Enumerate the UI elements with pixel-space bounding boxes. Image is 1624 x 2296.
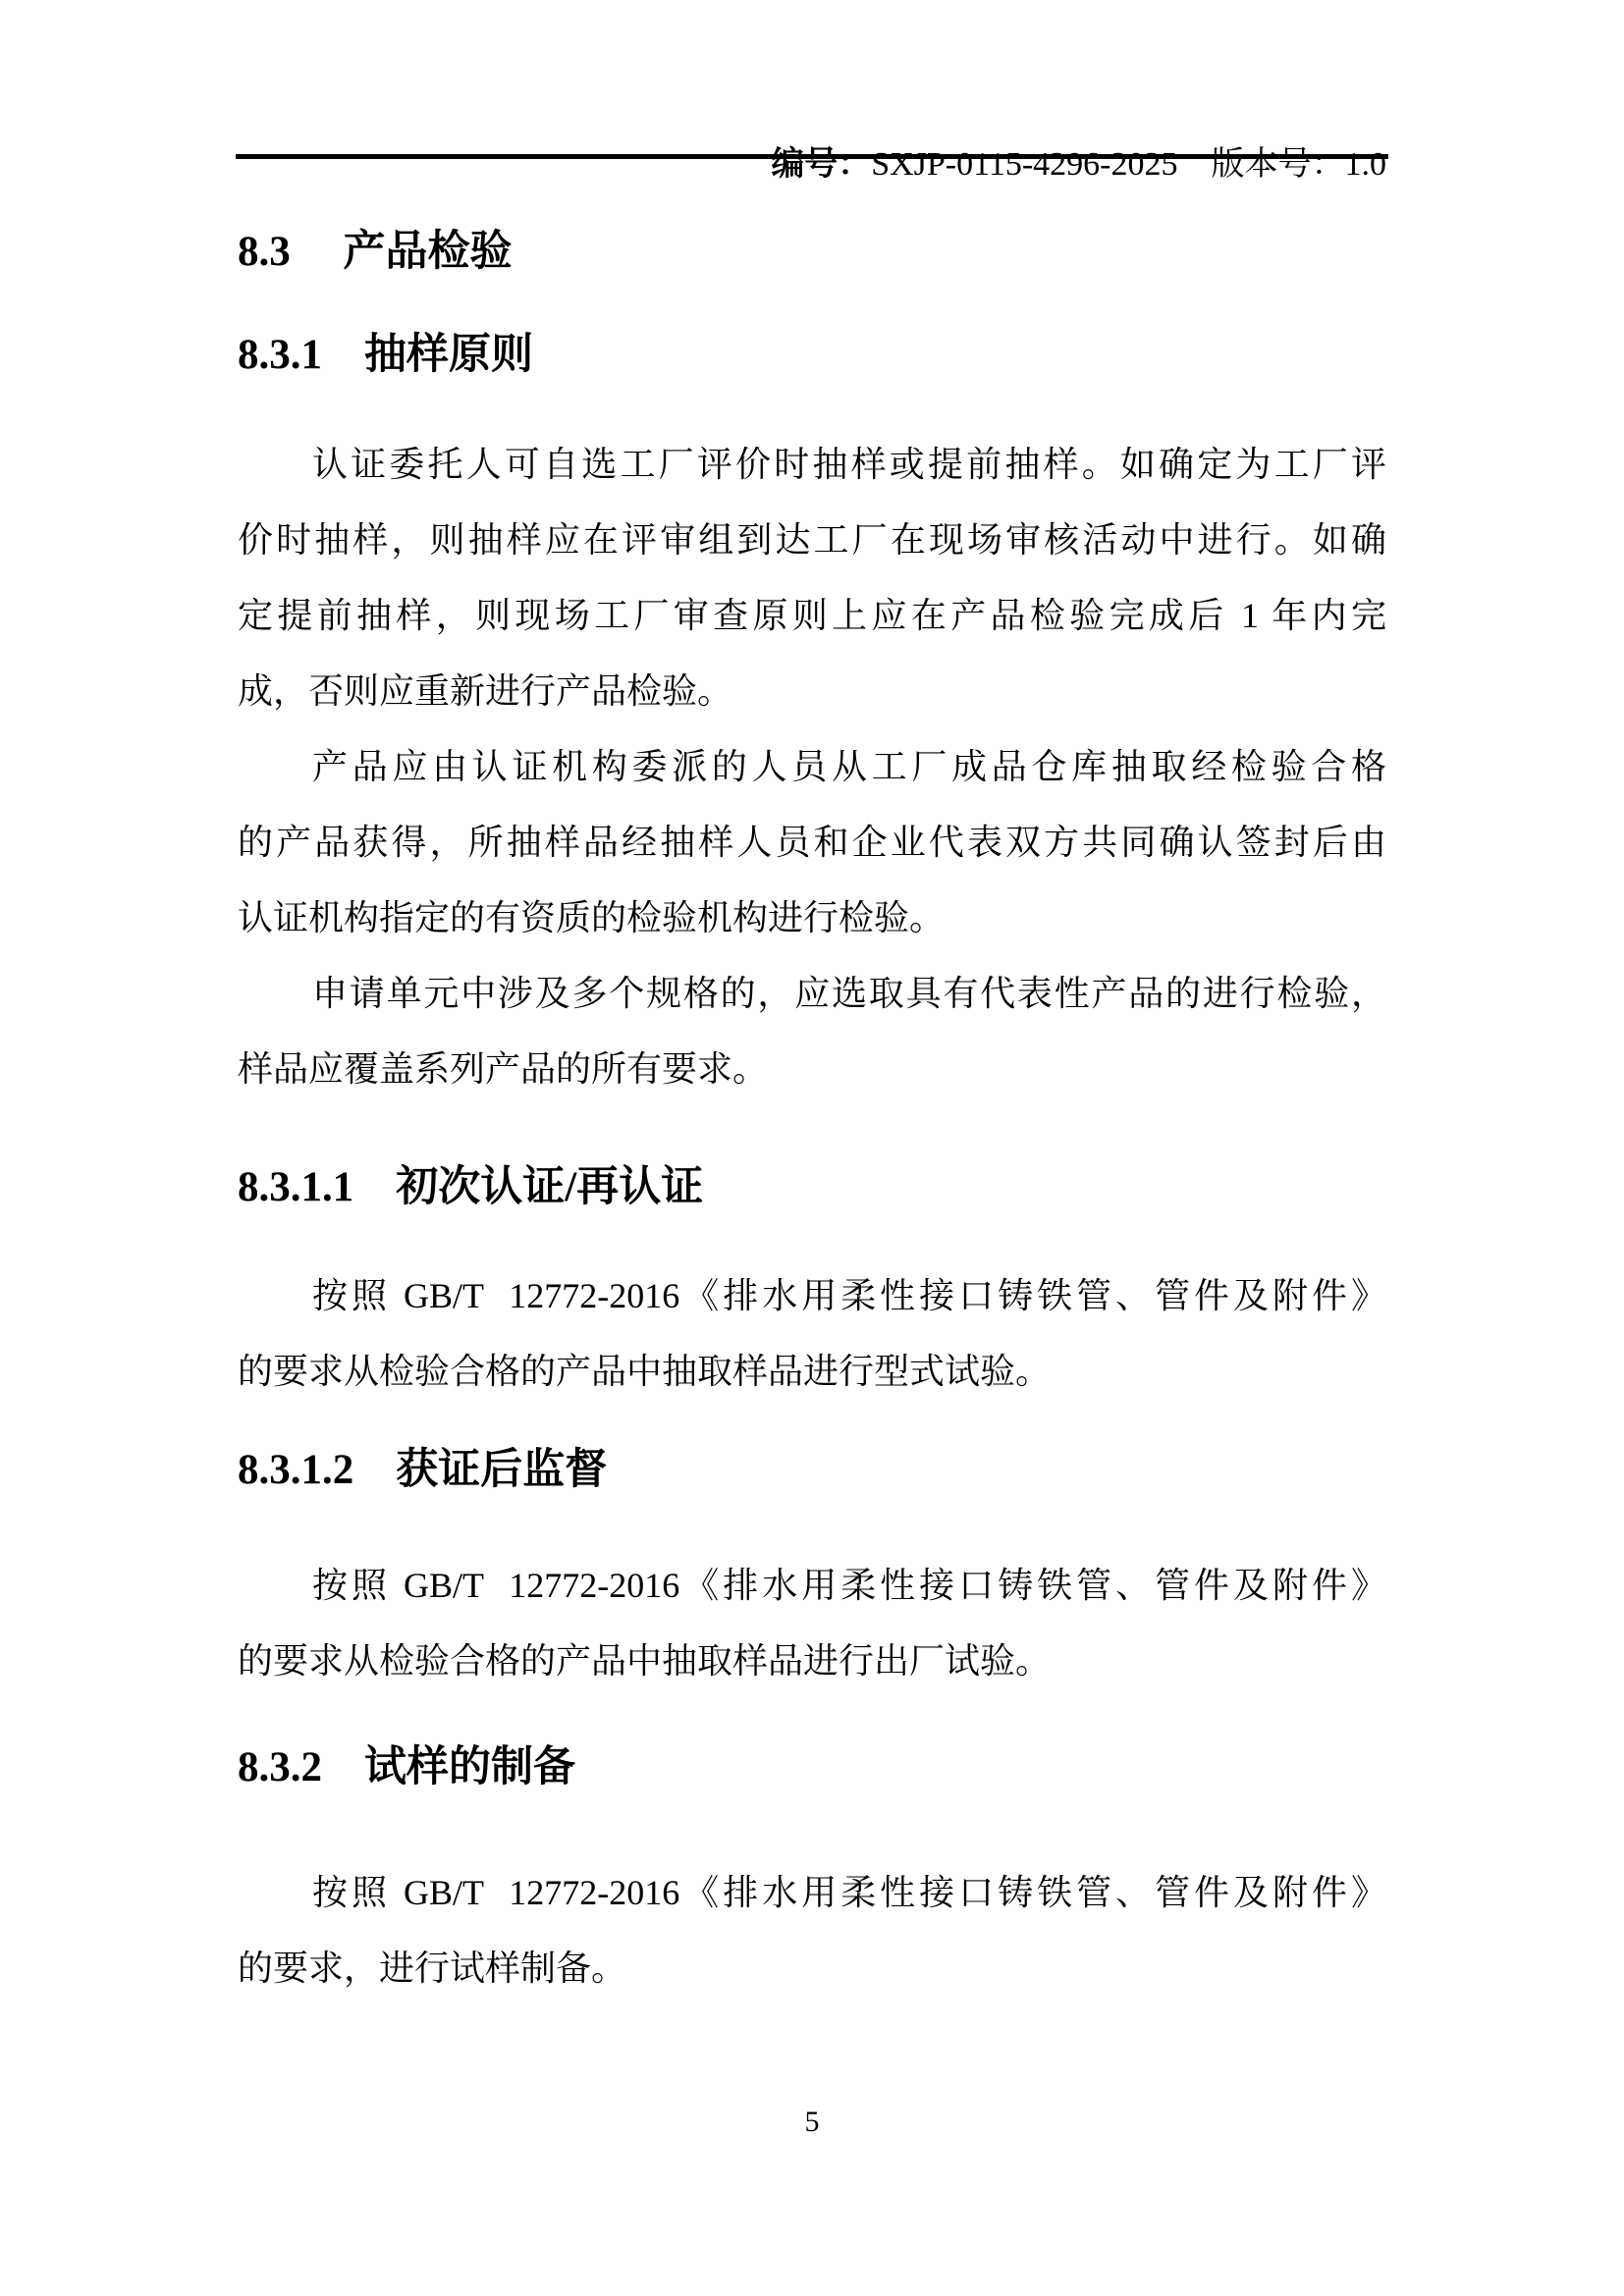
- paragraph-line: 按照 GB/T 12772-2016《排水用柔性接口铸铁管、管件及附件》: [238, 1548, 1386, 1624]
- paragraph-line: 产品应由认证机构委派的人员从工厂成品仓库抽取经检验合格: [238, 729, 1386, 805]
- doc-number-value: SXJP-0115-4296-2025: [871, 146, 1177, 183]
- paragraph-line: 定提前抽样，则现场工厂审查原则上应在产品检验完成后 1 年内完: [238, 578, 1386, 654]
- paragraph-sampling-principle-3: 申请单元中涉及多个规格的，应选取具有代表性产品的进行检验， 样品应覆盖系列产品的…: [238, 956, 1386, 1107]
- section-heading-8-3-2: 8.3.2 试样的制备: [238, 1730, 1386, 1805]
- paragraph-line: 价时抽样，则抽样应在评审组到达工厂在现场审核活动中进行。如确: [238, 503, 1386, 578]
- paragraph-line: 认证机构指定的有资质的检验机构进行检验。: [238, 881, 1386, 956]
- paragraph-sampling-principle-1: 认证委托人可自选工厂评价时抽样或提前抽样。如确定为工厂评 价时抽样，则抽样应在评…: [238, 427, 1386, 729]
- paragraph-line: 按照 GB/T 12772-2016《排水用柔性接口铸铁管、管件及附件》: [238, 1855, 1386, 1931]
- version-value: 1.0: [1345, 146, 1387, 183]
- paragraph-post-certification-supervision: 按照 GB/T 12772-2016《排水用柔性接口铸铁管、管件及附件》 的要求…: [238, 1548, 1386, 1699]
- paragraph-line: 申请单元中涉及多个规格的，应选取具有代表性产品的进行检验，: [238, 956, 1386, 1032]
- section-heading-8-3-1: 8.3.1 抽样原则: [238, 317, 1386, 393]
- paragraph-line: 按照 GB/T 12772-2016《排水用柔性接口铸铁管、管件及附件》: [238, 1258, 1386, 1334]
- paragraph-initial-certification: 按照 GB/T 12772-2016《排水用柔性接口铸铁管、管件及附件》 的要求…: [238, 1258, 1386, 1410]
- paragraph-sample-preparation: 按照 GB/T 12772-2016《排水用柔性接口铸铁管、管件及附件》 的要求…: [238, 1855, 1386, 2006]
- header-rule: [236, 154, 1388, 159]
- version-label: 版本号：: [1212, 146, 1345, 183]
- section-heading-8-3: 8.3 产品检验: [238, 214, 1386, 290]
- page-number: 5: [238, 2103, 1386, 2142]
- paragraph-sampling-principle-2: 产品应由认证机构委派的人员从工厂成品仓库抽取经检验合格 的产品获得，所抽样品经抽…: [238, 729, 1386, 956]
- document-page: 编号：SXJP-0115-4296-2025版本号：1.0 8.3 产品检验 8…: [0, 0, 1624, 2296]
- paragraph-line: 的要求从检验合格的产品中抽取样品进行型式试验。: [238, 1334, 1386, 1410]
- section-heading-8-3-1-1: 8.3.1.1 初次认证/再认证: [238, 1149, 1386, 1225]
- paragraph-line: 的要求，进行试样制备。: [238, 1931, 1386, 2006]
- doc-number-label: 编号：: [771, 146, 871, 183]
- section-heading-8-3-1-2: 8.3.1.2 获证后监督: [238, 1432, 1386, 1508]
- paragraph-line: 的要求从检验合格的产品中抽取样品进行出厂试验。: [238, 1624, 1386, 1699]
- paragraph-line: 样品应覆盖系列产品的所有要求。: [238, 1032, 1386, 1107]
- paragraph-line: 的产品获得，所抽样品经抽样人员和企业代表双方共同确认签封后由: [238, 805, 1386, 881]
- paragraph-line: 认证委托人可自选工厂评价时抽样或提前抽样。如确定为工厂评: [238, 427, 1386, 503]
- paragraph-line: 成，否则应重新进行产品检验。: [238, 654, 1386, 729]
